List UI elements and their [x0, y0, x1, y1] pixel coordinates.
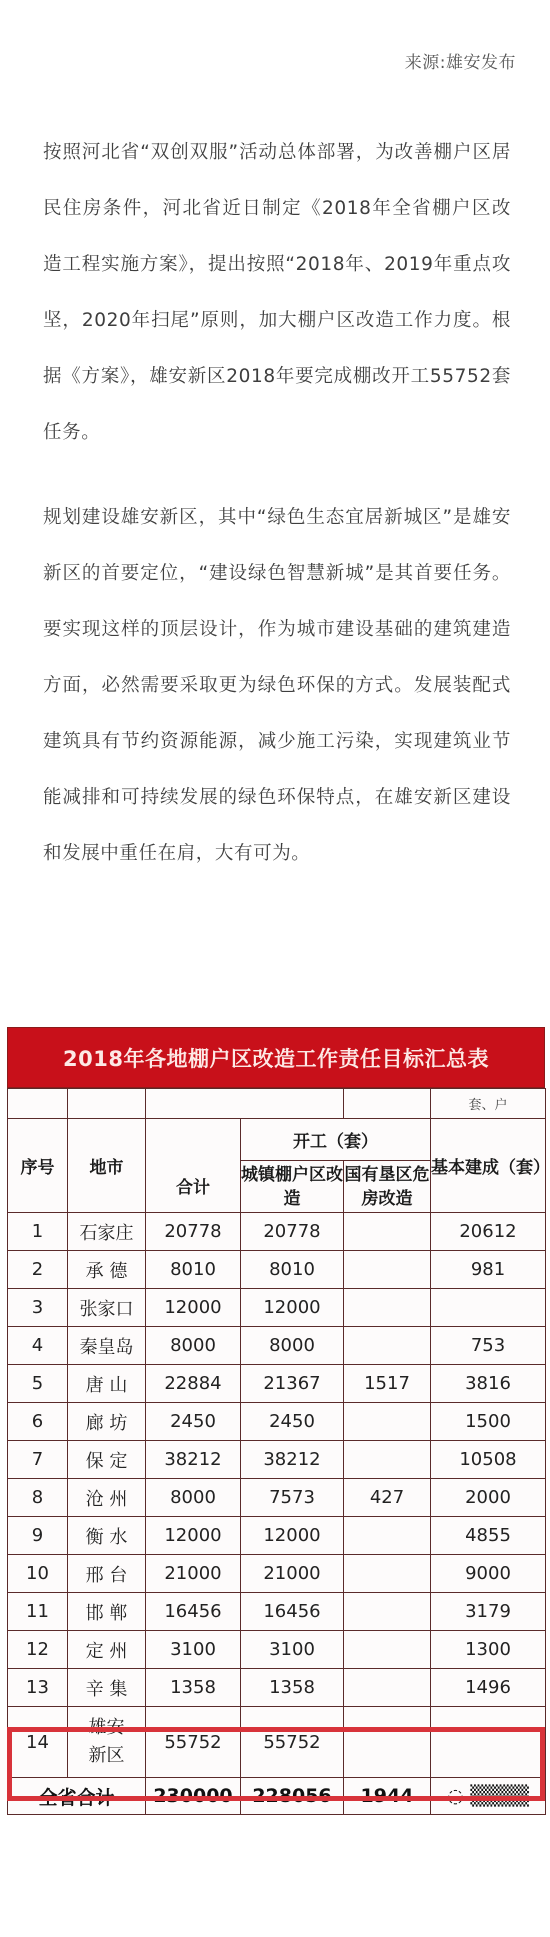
cell-total: 21000 — [146, 1555, 241, 1593]
cell-no: 10 — [8, 1555, 68, 1593]
cell-completed: 3179 — [431, 1593, 546, 1631]
cell-city: 保 定 — [68, 1441, 146, 1479]
cell-city: 雄安新区 — [68, 1707, 146, 1778]
table-row: 8沧 州800075734272000 — [8, 1479, 546, 1517]
cell-reclaim: 1517 — [344, 1365, 431, 1403]
cell-no: 11 — [8, 1593, 68, 1631]
cell-urban: 55752 — [241, 1707, 344, 1778]
cell-no: 6 — [8, 1403, 68, 1441]
cell-no: 1 — [8, 1213, 68, 1251]
cell-completed: 981 — [431, 1251, 546, 1289]
header-urban: 城镇棚户区改造 — [241, 1161, 344, 1213]
cell-no: 8 — [8, 1479, 68, 1517]
cell-completed: 4855 — [431, 1517, 546, 1555]
cell-urban: 3100 — [241, 1631, 344, 1669]
cell-completed: 10508 — [431, 1441, 546, 1479]
cell-no: 14 — [8, 1707, 68, 1778]
cell-reclaim — [344, 1327, 431, 1365]
header-start-group: 开工（套） — [241, 1119, 431, 1161]
table-row: 10邢 台21000210009000 — [8, 1555, 546, 1593]
table-row: 2承 德80108010981 — [8, 1251, 546, 1289]
cell-city: 承 德 — [68, 1251, 146, 1289]
cell-city: 邯 郸 — [68, 1593, 146, 1631]
cell-city: 张家口 — [68, 1289, 146, 1327]
table-row: 9衡 水12000120004855 — [8, 1517, 546, 1555]
cell-reclaim — [344, 1251, 431, 1289]
cell-city: 辛 集 — [68, 1669, 146, 1707]
cell-city: 石家庄 — [68, 1213, 146, 1251]
cell-completed: 3816 — [431, 1365, 546, 1403]
cell-completed — [431, 1707, 546, 1778]
cell-completed — [431, 1289, 546, 1327]
cell-no: 9 — [8, 1517, 68, 1555]
cell-city: 秦皇岛 — [68, 1327, 146, 1365]
cell-completed: 1300 — [431, 1631, 546, 1669]
cell-completed: 20612 — [431, 1213, 546, 1251]
cell-reclaim — [344, 1517, 431, 1555]
cell-reclaim — [344, 1631, 431, 1669]
cell-total: 16456 — [146, 1593, 241, 1631]
cell-total: 8000 — [146, 1327, 241, 1365]
paragraph-2: 规划建设雄安新区，其中“绿色生态宜居新城区”是雄安新区的首要定位，“建设绿色智慧… — [43, 490, 511, 882]
unit-label: 套、户 — [431, 1089, 546, 1119]
cell-urban: 38212 — [241, 1441, 344, 1479]
cell-urban: 12000 — [241, 1517, 344, 1555]
cell-total: 38212 — [146, 1441, 241, 1479]
cell-urban: 21367 — [241, 1365, 344, 1403]
cell-urban: 8010 — [241, 1251, 344, 1289]
cell-urban: 16456 — [241, 1593, 344, 1631]
cell-total: 12000 — [146, 1517, 241, 1555]
cell-urban: 8000 — [241, 1327, 344, 1365]
cell-no: 2 — [8, 1251, 68, 1289]
table-row: 13辛 集135813581496 — [8, 1669, 546, 1707]
total-label: 全省合计 — [8, 1778, 146, 1815]
cell-reclaim — [344, 1707, 431, 1778]
cell-city: 廊 坊 — [68, 1403, 146, 1441]
cell-no: 3 — [8, 1289, 68, 1327]
cell-total: 2450 — [146, 1403, 241, 1441]
source-attribution: 来源:雄安发布 — [405, 48, 516, 73]
table-row: 14雄安新区5575255752 — [8, 1707, 546, 1778]
cell-urban: 7573 — [241, 1479, 344, 1517]
cell-total: 12000 — [146, 1289, 241, 1327]
cell-completed: 9000 — [431, 1555, 546, 1593]
cell-city: 邢 台 — [68, 1555, 146, 1593]
cell-no: 4 — [8, 1327, 68, 1365]
table-row: 1石家庄207782077820612 — [8, 1213, 546, 1251]
table-row: 5唐 山228842136715173816 — [8, 1365, 546, 1403]
cell-completed: 2000 — [431, 1479, 546, 1517]
cell-urban: 12000 — [241, 1289, 344, 1327]
cell-no: 13 — [8, 1669, 68, 1707]
total-urban: 228056 — [241, 1778, 344, 1815]
total-row: 全省合计 230000 228056 1944 ◌ ▒▒▒▒ — [8, 1778, 546, 1815]
cell-total: 3100 — [146, 1631, 241, 1669]
table-row: 6廊 坊245024501500 — [8, 1403, 546, 1441]
cell-urban: 21000 — [241, 1555, 344, 1593]
cell-city: 沧 州 — [68, 1479, 146, 1517]
cell-reclaim — [344, 1441, 431, 1479]
header-completed: 基本建成（套） — [431, 1119, 546, 1213]
cell-reclaim — [344, 1593, 431, 1631]
cell-reclaim — [344, 1213, 431, 1251]
total-sum: 230000 — [146, 1778, 241, 1815]
cell-no: 7 — [8, 1441, 68, 1479]
cell-completed: 753 — [431, 1327, 546, 1365]
cell-total: 8010 — [146, 1251, 241, 1289]
table-row: 3张家口1200012000 — [8, 1289, 546, 1327]
cell-total: 1358 — [146, 1669, 241, 1707]
header-city: 地市 — [68, 1119, 146, 1213]
cell-reclaim — [344, 1555, 431, 1593]
cell-total: 8000 — [146, 1479, 241, 1517]
cell-no: 5 — [8, 1365, 68, 1403]
summary-table: 2018年各地棚户区改造工作责任目标汇总表 套、户 序号 地市 合计 开工（套）… — [7, 1027, 545, 1815]
cell-urban: 20778 — [241, 1213, 344, 1251]
table-row: 12定 州310031001300 — [8, 1631, 546, 1669]
cell-completed: 1496 — [431, 1669, 546, 1707]
header-index: 序号 — [8, 1119, 68, 1213]
total-completed-watermarked: ◌ ▒▒▒▒ — [431, 1778, 546, 1815]
table-row: 4秦皇岛80008000753 — [8, 1327, 546, 1365]
cell-reclaim — [344, 1403, 431, 1441]
cell-total: 55752 — [146, 1707, 241, 1778]
paragraph-1: 按照河北省“双创双服”活动总体部署，为改善棚户区居民住房条件，河北省近日制定《2… — [43, 125, 511, 461]
cell-reclaim: 427 — [344, 1479, 431, 1517]
cell-no: 12 — [8, 1631, 68, 1669]
cell-completed: 1500 — [431, 1403, 546, 1441]
cell-urban: 1358 — [241, 1669, 344, 1707]
header-reclaim: 国有垦区危房改造 — [344, 1161, 431, 1213]
cell-city: 唐 山 — [68, 1365, 146, 1403]
cell-city: 衡 水 — [68, 1517, 146, 1555]
table-title: 2018年各地棚户区改造工作责任目标汇总表 — [7, 1027, 545, 1088]
table-row: 7保 定382123821210508 — [8, 1441, 546, 1479]
cell-urban: 2450 — [241, 1403, 344, 1441]
cell-reclaim — [344, 1669, 431, 1707]
cell-reclaim — [344, 1289, 431, 1327]
table-row: 11邯 郸16456164563179 — [8, 1593, 546, 1631]
cell-city: 定 州 — [68, 1631, 146, 1669]
total-reclaim: 1944 — [344, 1778, 431, 1815]
cell-total: 22884 — [146, 1365, 241, 1403]
header-total: 合计 — [146, 1119, 241, 1213]
cell-total: 20778 — [146, 1213, 241, 1251]
